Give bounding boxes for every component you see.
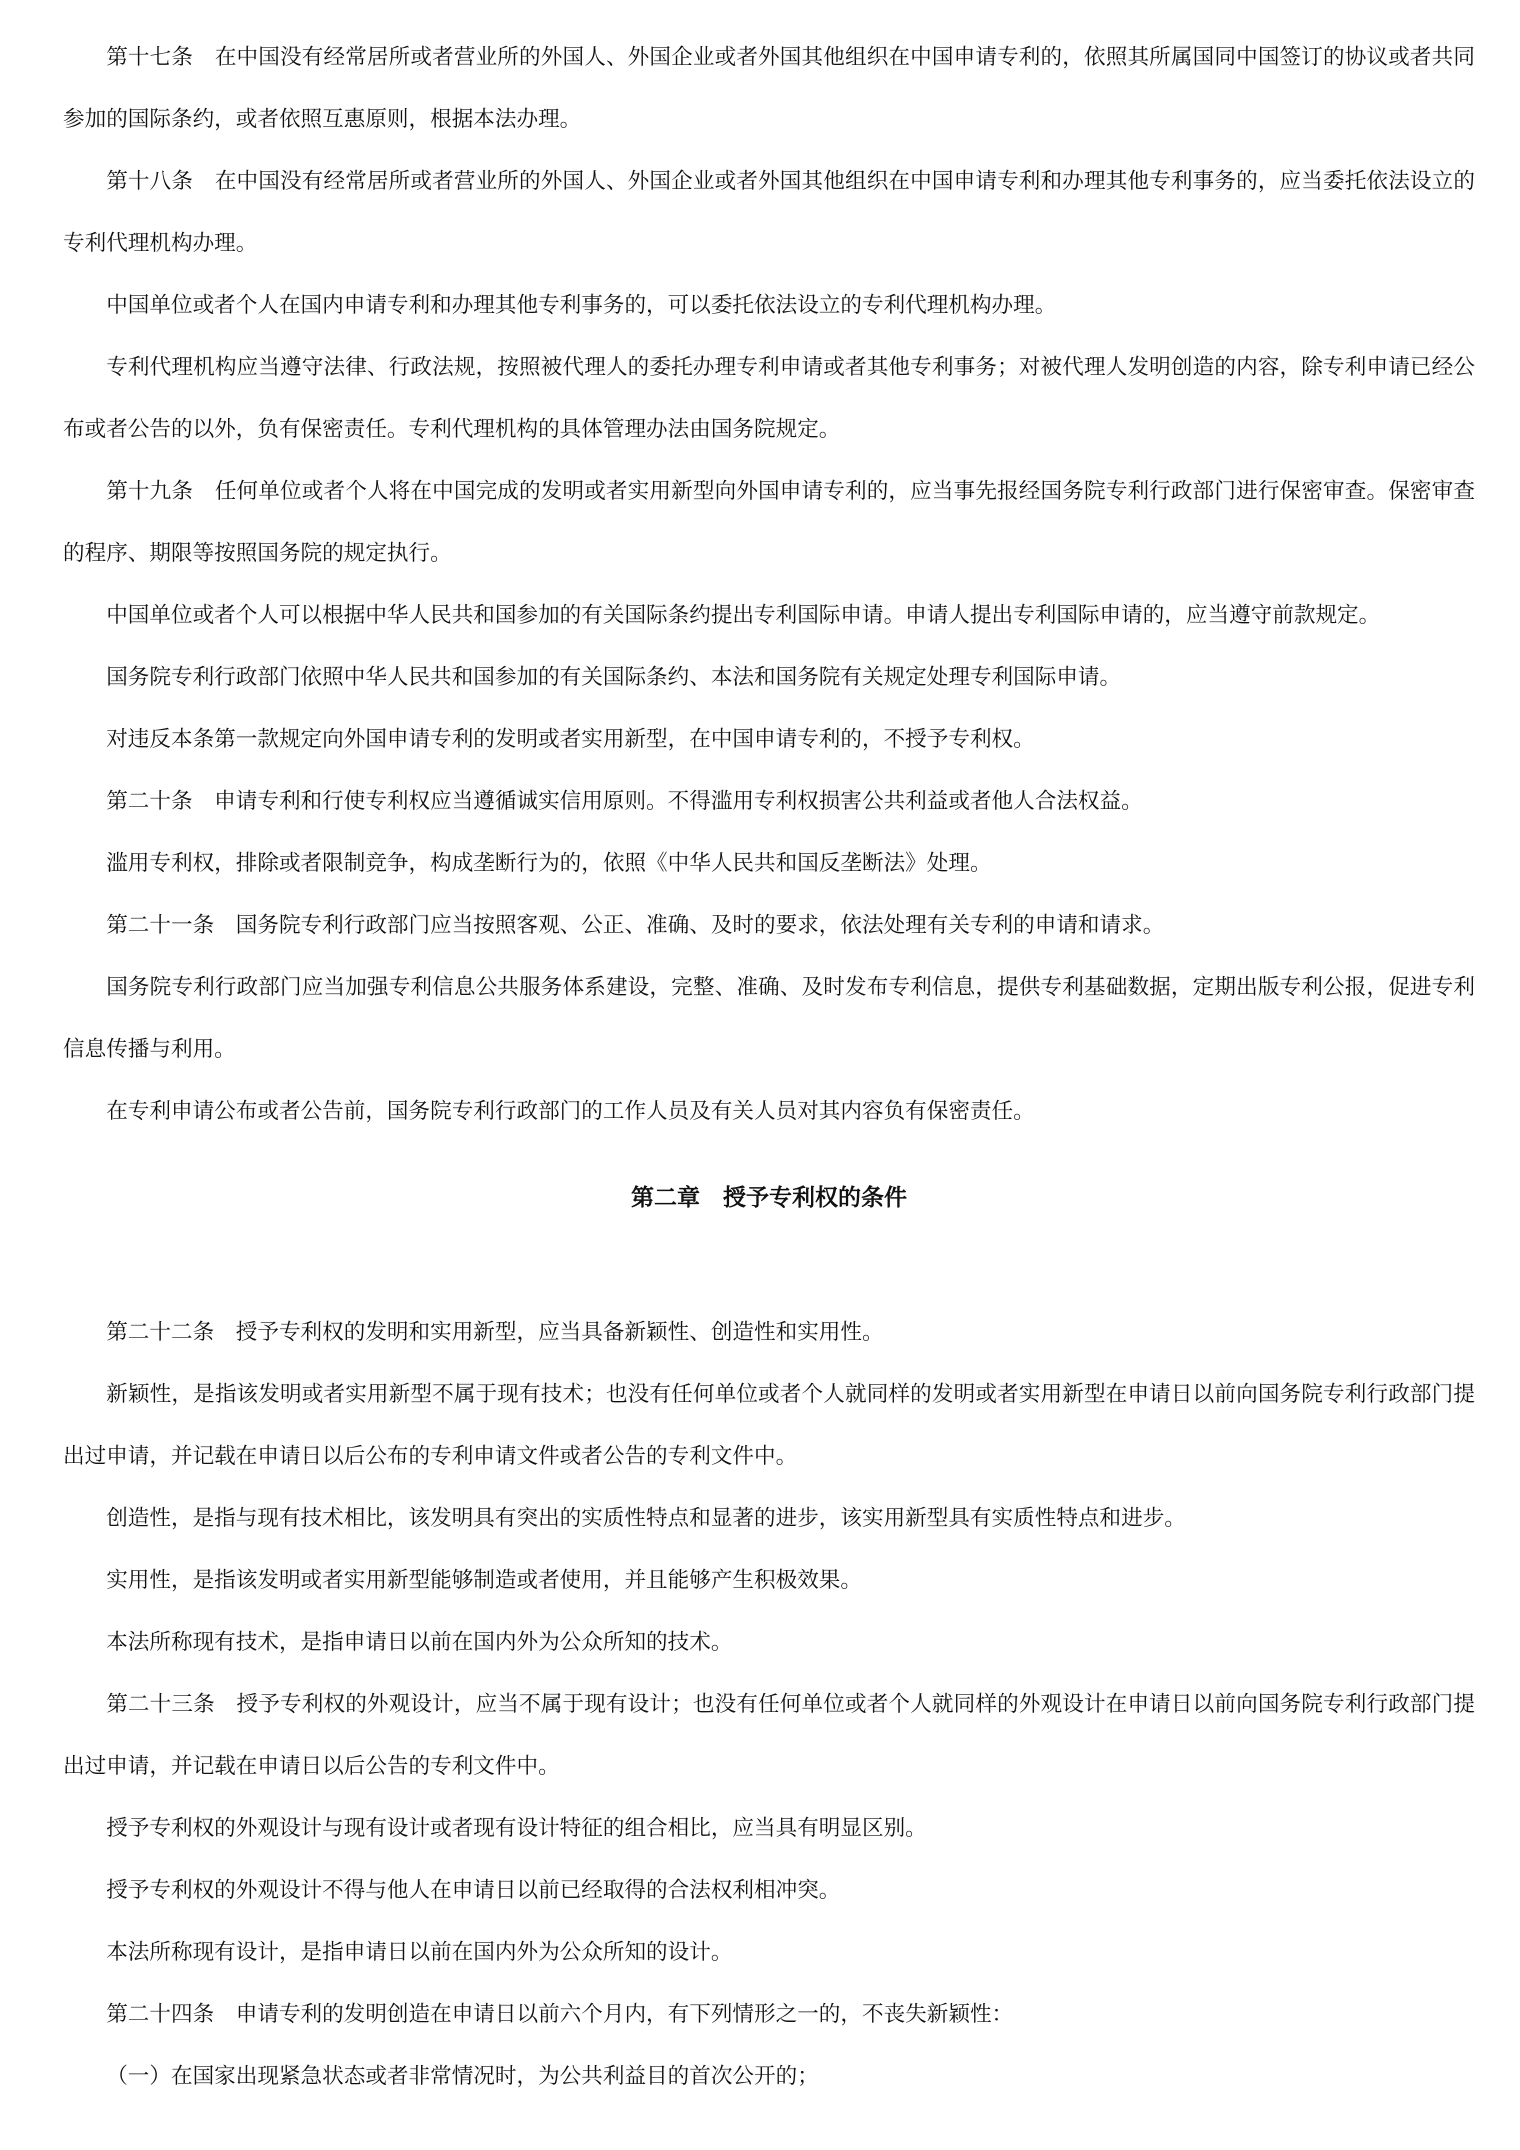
- article-22-clause-2-novelty: 新颖性，是指该发明或者实用新型不属于现有技术；也没有任何单位或者个人就同样的发明…: [63, 1363, 1475, 1487]
- article-19-clause-4: 对违反本条第一款规定向外国申请专利的发明或者实用新型，在中国申请专利的，不授予专…: [63, 708, 1475, 770]
- chapter-2-heading: 第二章 授予专利权的条件: [63, 1166, 1475, 1228]
- article-22-clause-4-practicality: 实用性，是指该发明或者实用新型能够制造或者使用，并且能够产生积极效果。: [63, 1549, 1475, 1611]
- article-20-clause-1: 第二十条 申请专利和行使专利权应当遵循诚实信用原则。不得滥用专利权损害公共利益或…: [63, 770, 1475, 832]
- article-18-clause-3: 专利代理机构应当遵守法律、行政法规，按照被代理人的委托办理专利申请或者其他专利事…: [63, 336, 1475, 460]
- article-23-clause-2: 授予专利权的外观设计与现有设计或者现有设计特征的组合相比，应当具有明显区别。: [63, 1797, 1475, 1859]
- article-22-clause-3-inventiveness: 创造性，是指与现有技术相比，该发明具有突出的实质性特点和显著的进步，该实用新型具…: [63, 1487, 1475, 1549]
- article-20-clause-2: 滥用专利权，排除或者限制竞争，构成垄断行为的，依照《中华人民共和国反垄断法》处理…: [63, 832, 1475, 894]
- article-19-clause-2: 中国单位或者个人可以根据中华人民共和国参加的有关国际条约提出专利国际申请。申请人…: [63, 584, 1475, 646]
- article-19-clause-1: 第十九条 任何单位或者个人将在中国完成的发明或者实用新型向外国申请专利的，应当事…: [63, 460, 1475, 584]
- article-22-clause-1: 第二十二条 授予专利权的发明和实用新型，应当具备新颖性、创造性和实用性。: [63, 1301, 1475, 1363]
- article-23-clause-3: 授予专利权的外观设计不得与他人在申请日以前已经取得的合法权利相冲突。: [63, 1859, 1475, 1921]
- article-19-clause-3: 国务院专利行政部门依照中华人民共和国参加的有关国际条约、本法和国务院有关规定处理…: [63, 646, 1475, 708]
- article-17: 第十七条 在中国没有经常居所或者营业所的外国人、外国企业或者外国其他组织在中国申…: [63, 26, 1475, 150]
- article-23-clause-4-prior-design: 本法所称现有设计，是指申请日以前在国内外为公众所知的设计。: [63, 1921, 1475, 1983]
- article-24-intro: 第二十四条 申请专利的发明创造在申请日以前六个月内，有下列情形之一的，不丧失新颖…: [63, 1983, 1475, 2045]
- article-22-clause-5-prior-art: 本法所称现有技术，是指申请日以前在国内外为公众所知的技术。: [63, 1611, 1475, 1673]
- article-23-clause-1: 第二十三条 授予专利权的外观设计，应当不属于现有设计；也没有任何单位或者个人就同…: [63, 1673, 1475, 1797]
- article-21-clause-1: 第二十一条 国务院专利行政部门应当按照客观、公正、准确、及时的要求，依法处理有关…: [63, 894, 1475, 956]
- article-18-clause-2: 中国单位或者个人在国内申请专利和办理其他专利事务的，可以委托依法设立的专利代理机…: [63, 274, 1475, 336]
- article-21-clause-2: 国务院专利行政部门应当加强专利信息公共服务体系建设，完整、准确、及时发布专利信息…: [63, 956, 1475, 1080]
- article-24-item-1: （一）在国家出现紧急状态或者非常情况时，为公共利益目的首次公开的；: [63, 2045, 1475, 2107]
- document-page: 第十七条 在中国没有经常居所或者营业所的外国人、外国企业或者外国其他组织在中国申…: [0, 0, 1520, 2150]
- article-21-clause-3: 在专利申请公布或者公告前，国务院专利行政部门的工作人员及有关人员对其内容负有保密…: [63, 1080, 1475, 1142]
- article-18-clause-1: 第十八条 在中国没有经常居所或者营业所的外国人、外国企业或者外国其他组织在中国申…: [63, 150, 1475, 274]
